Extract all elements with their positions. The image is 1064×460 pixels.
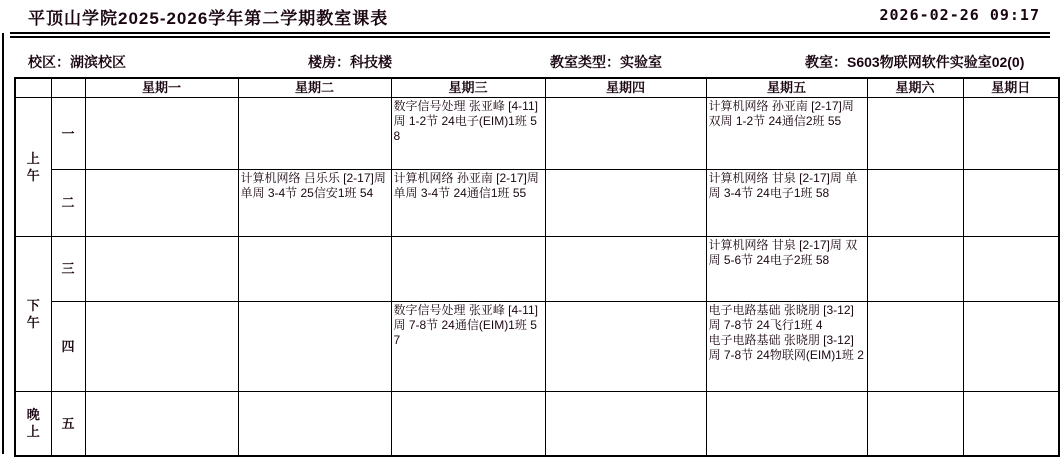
page-left-border	[2, 33, 4, 454]
day-header-thursday: 星期四	[545, 78, 706, 97]
schedule-cell-sat-2	[867, 169, 963, 236]
period-label-1: 一	[51, 97, 85, 169]
schedule-cell-sat-3	[867, 236, 963, 301]
period-row-3: 下午 三 计算机网络 甘泉 [2-17]周 双周 5-6节 24电子2班 58	[15, 236, 1059, 301]
period-row-5: 晚上 五	[15, 391, 1059, 456]
period-label-2: 二	[51, 169, 85, 236]
schedule-cell-sun-3	[963, 236, 1059, 301]
schedule-cell-sun-2	[963, 169, 1059, 236]
day-header-saturday: 星期六	[867, 78, 963, 97]
period-row-2: 二 计算机网络 吕乐乐 [2-17]周 单周 3-4节 25信安1班 54 计算…	[15, 169, 1059, 236]
corner-cell	[51, 78, 85, 97]
schedule-cell-mon-1	[85, 97, 238, 169]
schedule-cell-thu-3	[545, 236, 706, 301]
day-header-tuesday: 星期二	[238, 78, 391, 97]
day-header-row: 星期一 星期二 星期三 星期四 星期五 星期六 星期日	[15, 78, 1059, 97]
schedule-cell-mon-2	[85, 169, 238, 236]
day-header-wednesday: 星期三	[391, 78, 545, 97]
schedule-cell-sun-4	[963, 301, 1059, 391]
schedule-cell-thu-1	[545, 97, 706, 169]
schedule-cell-sat-4	[867, 301, 963, 391]
building-info: 楼房：科技楼	[308, 52, 392, 72]
schedule-cell-sat-1	[867, 97, 963, 169]
corner-cell	[15, 78, 51, 97]
day-header-sunday: 星期日	[963, 78, 1059, 97]
schedule-cell-sun-5	[963, 391, 1059, 456]
section-label-morning: 上午	[15, 97, 51, 236]
campus-info: 校区：湖滨校区	[28, 52, 126, 72]
period-label-4: 四	[51, 301, 85, 391]
schedule-cell-mon-4	[85, 301, 238, 391]
schedule-cell-wed-2: 计算机网络 孙亚南 [2-17]周 单周 3-4节 24通信1班 55	[391, 169, 545, 236]
schedule-cell-fri-3: 计算机网络 甘泉 [2-17]周 双周 5-6节 24电子2班 58	[706, 236, 867, 301]
schedule-cell-fri-4: 电子电路基础 张晓朋 [3-12]周 7-8节 24飞行1班 4 电子电路基础 …	[706, 301, 867, 391]
period-row-1: 上午 一 数字信号处理 张亚峰 [4-11]周 1-2节 24电子(EIM)1班…	[15, 97, 1059, 169]
schedule-cell-tue-4	[238, 301, 391, 391]
report-datetime: 2026-02-26 09:17	[880, 6, 1041, 24]
schedule-cell-fri-1: 计算机网络 孙亚南 [2-17]周 双周 1-2节 24通信2班 55	[706, 97, 867, 169]
title-divider-rule	[10, 32, 1050, 38]
schedule-cell-wed-1: 数字信号处理 张亚峰 [4-11]周 1-2节 24电子(EIM)1班 58	[391, 97, 545, 169]
schedule-cell-wed-3	[391, 236, 545, 301]
section-label-evening: 晚上	[15, 391, 51, 456]
schedule-cell-mon-5	[85, 391, 238, 456]
schedule-cell-thu-2	[545, 169, 706, 236]
day-header-friday: 星期五	[706, 78, 867, 97]
schedule-cell-tue-1	[238, 97, 391, 169]
schedule-cell-tue-2: 计算机网络 吕乐乐 [2-17]周 单周 3-4节 25信安1班 54	[238, 169, 391, 236]
room-info: 教室：S603物联网软件实验室02(0)	[805, 52, 1024, 72]
schedule-cell-fri-2: 计算机网络 甘泉 [2-17]周 单周 3-4节 24电子1班 58	[706, 169, 867, 236]
period-label-3: 三	[51, 236, 85, 301]
schedule-cell-wed-5	[391, 391, 545, 456]
timetable: 星期一 星期二 星期三 星期四 星期五 星期六 星期日 上午 一 数字信号处理 …	[14, 77, 1060, 457]
schedule-cell-thu-4	[545, 301, 706, 391]
room-type-info: 教室类型：实验室	[550, 52, 662, 72]
schedule-cell-wed-4: 数字信号处理 张亚峰 [4-11]周 7-8节 24通信(EIM)1班 57	[391, 301, 545, 391]
schedule-cell-thu-5	[545, 391, 706, 456]
schedule-cell-sat-5	[867, 391, 963, 456]
schedule-cell-tue-3	[238, 236, 391, 301]
section-label-afternoon: 下午	[15, 236, 51, 391]
period-label-5: 五	[51, 391, 85, 456]
schedule-cell-mon-3	[85, 236, 238, 301]
schedule-cell-fri-5	[706, 391, 867, 456]
day-header-monday: 星期一	[85, 78, 238, 97]
schedule-cell-tue-5	[238, 391, 391, 456]
timetable-report-page: 平顶山学院2025-2026学年第二学期教室课表 2026-02-26 09:1…	[0, 0, 1064, 460]
period-row-4: 四 数字信号处理 张亚峰 [4-11]周 7-8节 24通信(EIM)1班 57…	[15, 301, 1059, 391]
schedule-cell-sun-1	[963, 97, 1059, 169]
page-title: 平顶山学院2025-2026学年第二学期教室课表	[28, 4, 388, 29]
